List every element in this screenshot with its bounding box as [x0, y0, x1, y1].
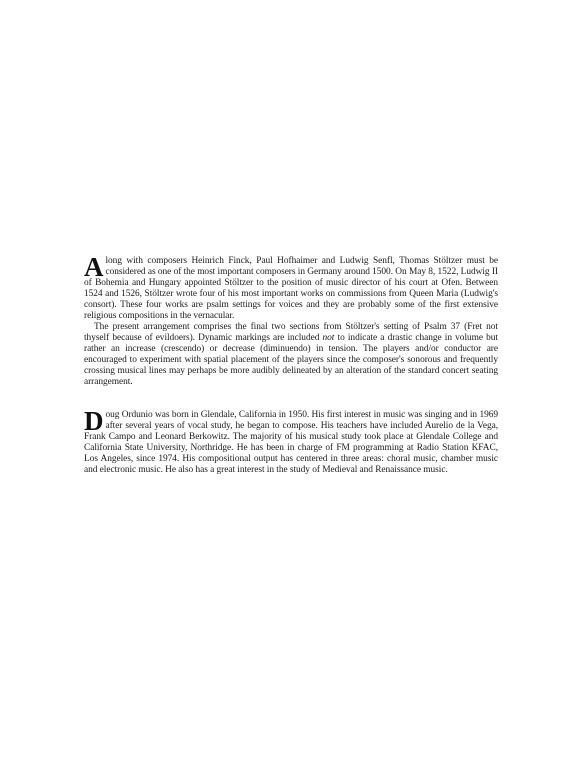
- drop-cap-a: A: [84, 257, 103, 277]
- program-note-paragraph-1: Along with composers Heinrich Finck, Pau…: [84, 256, 498, 322]
- composer-bio-paragraph: Doug Ordunio was born in Glendale, Calif…: [84, 410, 498, 476]
- program-note-paragraph-2: The present arrangement comprises the fi…: [84, 322, 498, 388]
- composer-bio-text: oug Ordunio was born in Glendale, Califo…: [84, 410, 498, 475]
- program-note-paragraph-1-text: long with composers Heinrich Finck, Paul…: [84, 256, 498, 321]
- composer-bio: Doug Ordunio was born in Glendale, Calif…: [84, 410, 498, 476]
- drop-cap-d: D: [84, 411, 103, 431]
- emphasis-not: not: [323, 333, 335, 343]
- program-note: Along with composers Heinrich Finck, Pau…: [84, 256, 498, 388]
